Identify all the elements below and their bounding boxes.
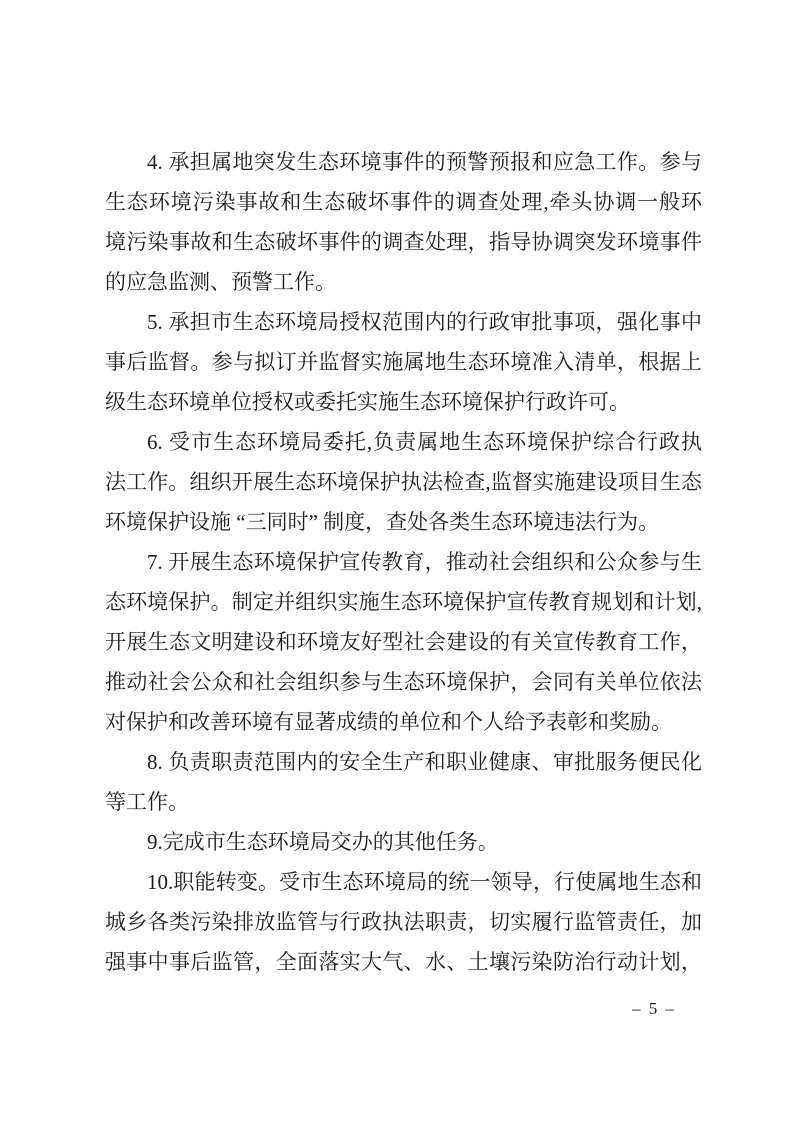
text-line: 开展生态文明建设和环境友好型社会建设的有关宣传教育工作， [105,622,702,662]
text-line: 生态环境污染事故和生态破坏事件的调查处理,牵头协调一般环 [105,182,702,222]
text-line: 6. 受市生态环境局委托,负责属地生态环境保护综合行政执 [105,422,702,462]
page-number: – 5 – [618,998,690,1020]
text-line: 5. 承担市生态环境局授权范围内的行政审批事项，强化事中 [105,302,702,342]
document-page: 4. 承担属地突发生态环境事件的预警预报和应急工作。参与生态环境污染事故和生态破… [0,0,793,1122]
paragraph-item-9: 9.完成市生态环境局交办的其他任务。 [105,822,702,862]
text-line: 对保护和改善环境有显著成绩的单位和个人给予表彰和奖励。 [105,702,702,742]
paragraph-item-7: 7. 开展生态环境保护宣传教育，推动社会组织和公众参与生态环境保护。制定并组织实… [105,542,702,742]
text-line: 7. 开展生态环境保护宣传教育，推动社会组织和公众参与生 [105,542,702,582]
document-body: 4. 承担属地突发生态环境事件的预警预报和应急工作。参与生态环境污染事故和生态破… [105,142,702,982]
paragraph-item-4: 4. 承担属地突发生态环境事件的预警预报和应急工作。参与生态环境污染事故和生态破… [105,142,702,302]
text-line: 推动社会公众和社会组织参与生态环境保护，会同有关单位依法 [105,662,702,702]
text-line: 态环境保护。制定并组织实施生态环境保护宣传教育规划和计划, [105,582,702,622]
paragraph-item-6: 6. 受市生态环境局委托,负责属地生态环境保护综合行政执法工作。组织开展生态环境… [105,422,702,542]
paragraph-item-10: 10.职能转变。受市生态环境局的统一领导，行使属地生态和城乡各类污染排放监管与行… [105,862,702,982]
text-line: 等工作。 [105,782,702,822]
text-line: 4. 承担属地突发生态环境事件的预警预报和应急工作。参与 [105,142,702,182]
text-line: 环境保护设施 “三同时” 制度，查处各类生态环境违法行为。 [105,502,702,542]
text-line: 的应急监测、预警工作。 [105,262,702,302]
text-line: 城乡各类污染排放监管与行政执法职责，切实履行监管责任，加 [105,902,702,942]
text-line: 法工作。组织开展生态环境保护执法检查,监督实施建设项目生态 [105,462,702,502]
paragraph-item-8: 8. 负责职责范围内的安全生产和职业健康、审批服务便民化等工作。 [105,742,702,822]
text-line: 强事中事后监管，全面落实大气、水、土壤污染防治行动计划， [105,942,702,982]
paragraph-item-5: 5. 承担市生态环境局授权范围内的行政审批事项，强化事中事后监督。参与拟订并监督… [105,302,702,422]
text-line: 境污染事故和生态破坏事件的调查处理，指导协调突发环境事件 [105,222,702,262]
text-line: 9.完成市生态环境局交办的其他任务。 [105,822,702,862]
text-line: 8. 负责职责范围内的安全生产和职业健康、审批服务便民化 [105,742,702,782]
text-line: 10.职能转变。受市生态环境局的统一领导，行使属地生态和 [105,862,702,902]
text-line: 事后监督。参与拟订并监督实施属地生态环境准入清单，根据上 [105,342,702,382]
text-line: 级生态环境单位授权或委托实施生态环境保护行政许可。 [105,382,702,422]
